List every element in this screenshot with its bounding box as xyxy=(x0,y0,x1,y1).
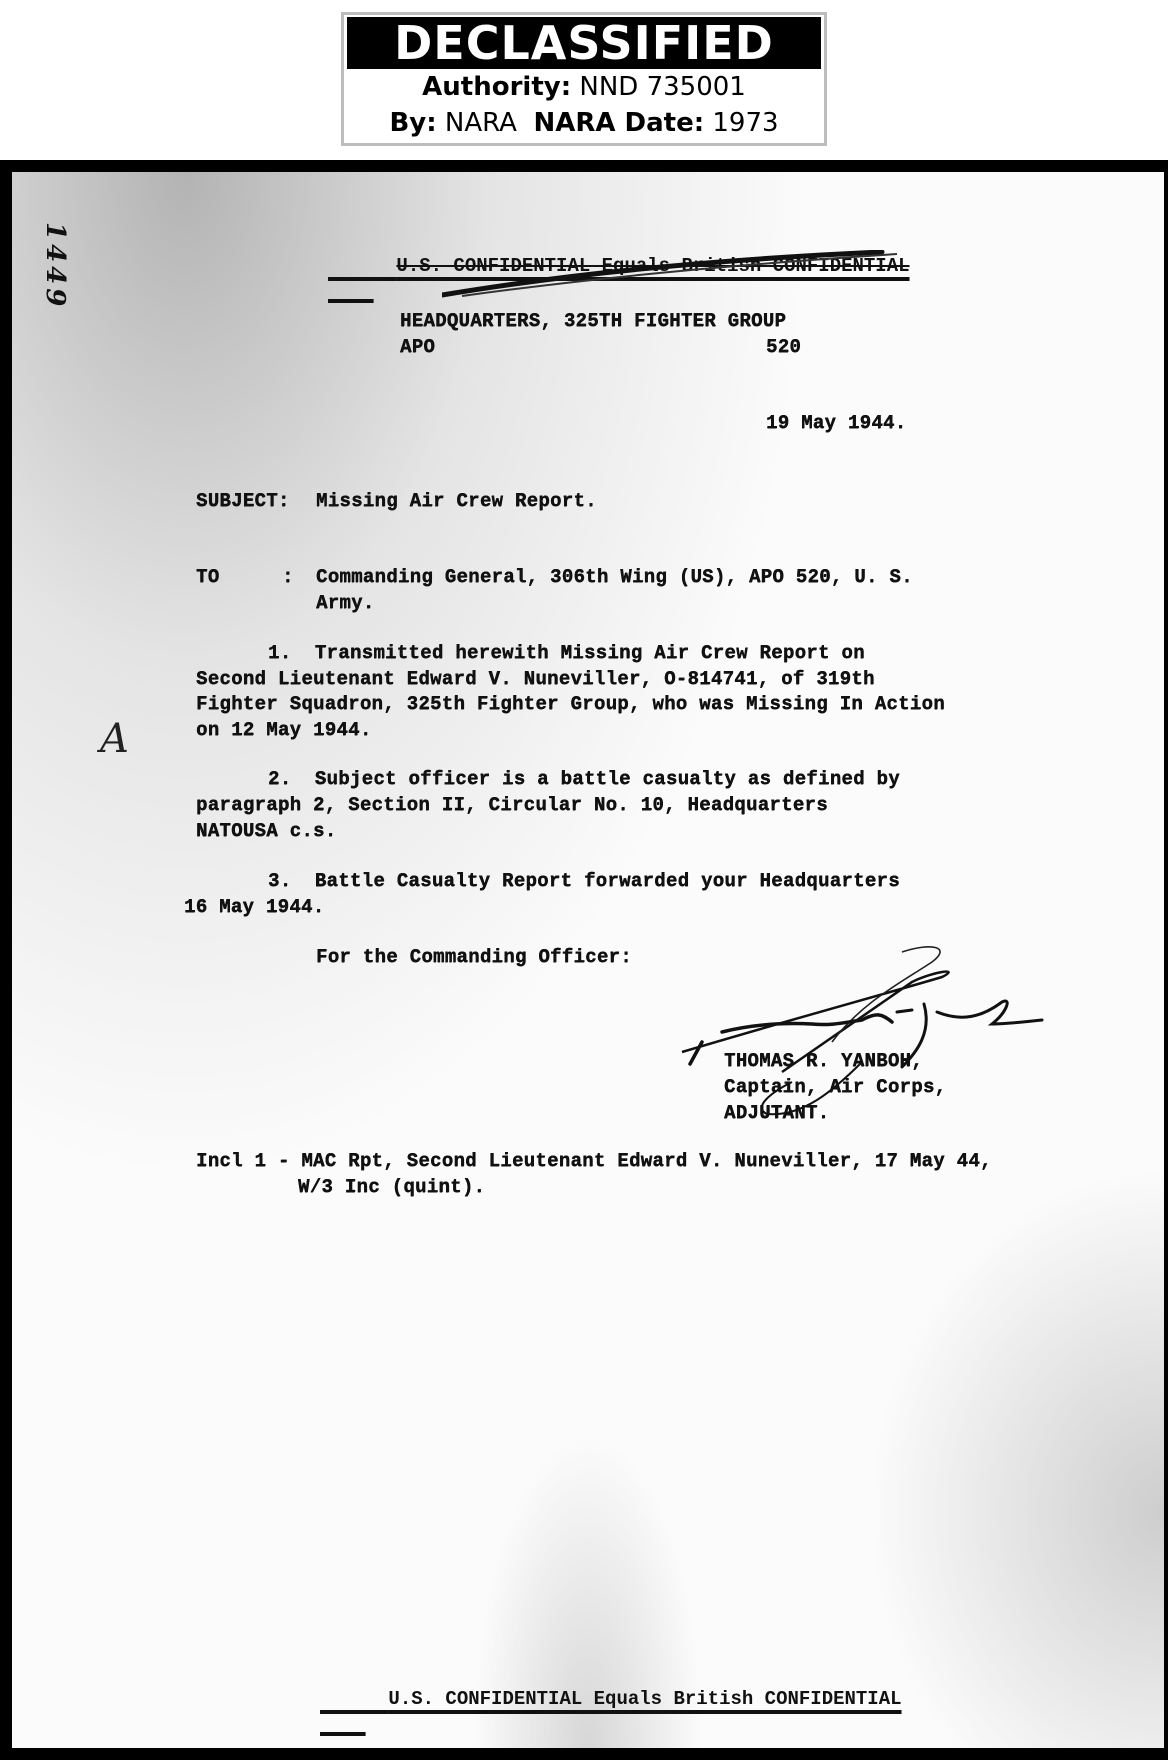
paragraph-2-line: 2. Subject officer is a battle casualty … xyxy=(268,768,900,790)
stamp-authority: Authority: NND 735001 xyxy=(344,69,824,105)
document-date: 19 May 1944. xyxy=(766,412,906,434)
signatory-rank: Captain, Air Corps, xyxy=(724,1076,946,1098)
pen-strike-mark xyxy=(442,250,902,300)
declassified-stamp: DECLASSIFIED Authority: NND 735001 By: N… xyxy=(341,12,827,146)
signatory-title: ADJUTANT. xyxy=(724,1102,829,1124)
margin-initial: A xyxy=(100,716,129,762)
authority-value: NND 735001 xyxy=(579,72,745,102)
paper-sheet: U.S. CONFIDENTIAL Equals British CONFIDE… xyxy=(12,172,1164,1748)
classification-bottom: U.S. CONFIDENTIAL Equals British CONFIDE… xyxy=(320,1666,902,1732)
paragraph-3-line: 3. Battle Casualty Report forwarded your… xyxy=(268,870,900,892)
scanned-page: U.S. CONFIDENTIAL Equals British CONFIDE… xyxy=(0,160,1168,1760)
nara-date-label: NARA Date: xyxy=(533,108,704,138)
margin-note-vertical: 1449 xyxy=(40,222,70,310)
paragraph-1-line: Second Lieutenant Edward V. Nuneviller, … xyxy=(196,668,875,690)
paragraph-1-line: 1. Transmitted herewith Missing Air Crew… xyxy=(268,642,865,664)
paragraph-2-line: paragraph 2, Section II, Circular No. 10… xyxy=(196,794,828,816)
paragraph-1-line: on 12 May 1944. xyxy=(196,719,372,741)
to-line-2: Army. xyxy=(316,592,375,614)
apo-number: 520 xyxy=(766,336,801,358)
enclosure-line-2: W/3 Inc (quint). xyxy=(298,1176,485,1198)
subject-label: SUBJECT: xyxy=(196,490,290,512)
paragraph-2-line: NATOUSA c.s. xyxy=(196,820,336,842)
closing-line: For the Commanding Officer: xyxy=(316,946,632,968)
header-line: HEADQUARTERS, 325TH FIGHTER GROUP xyxy=(400,310,786,332)
stamp-title: DECLASSIFIED xyxy=(347,17,821,69)
enclosure-line-1: Incl 1 - MAC Rpt, Second Lieutenant Edwa… xyxy=(196,1150,992,1172)
signatory-name: THOMAS R. YANBOH, xyxy=(724,1050,923,1072)
to-colon: : xyxy=(282,566,294,588)
paragraph-3-line: 16 May 1944. xyxy=(184,896,324,918)
authority-label: Authority: xyxy=(422,72,571,102)
nara-date-value: 1973 xyxy=(712,108,778,138)
by-label: By: xyxy=(389,108,436,138)
subject-value: Missing Air Crew Report. xyxy=(316,490,597,512)
classification-bottom-text: U.S. CONFIDENTIAL Equals British CONFIDE… xyxy=(388,1688,901,1710)
to-label: TO xyxy=(196,566,219,588)
by-value: NARA xyxy=(445,108,517,138)
apo-label: APO xyxy=(400,336,435,358)
to-line-1: Commanding General, 306th Wing (US), APO… xyxy=(316,566,913,588)
stamp-by-date: By: NARA NARA Date: 1973 xyxy=(344,105,824,141)
paragraph-1-line: Fighter Squadron, 325th Fighter Group, w… xyxy=(196,693,945,715)
